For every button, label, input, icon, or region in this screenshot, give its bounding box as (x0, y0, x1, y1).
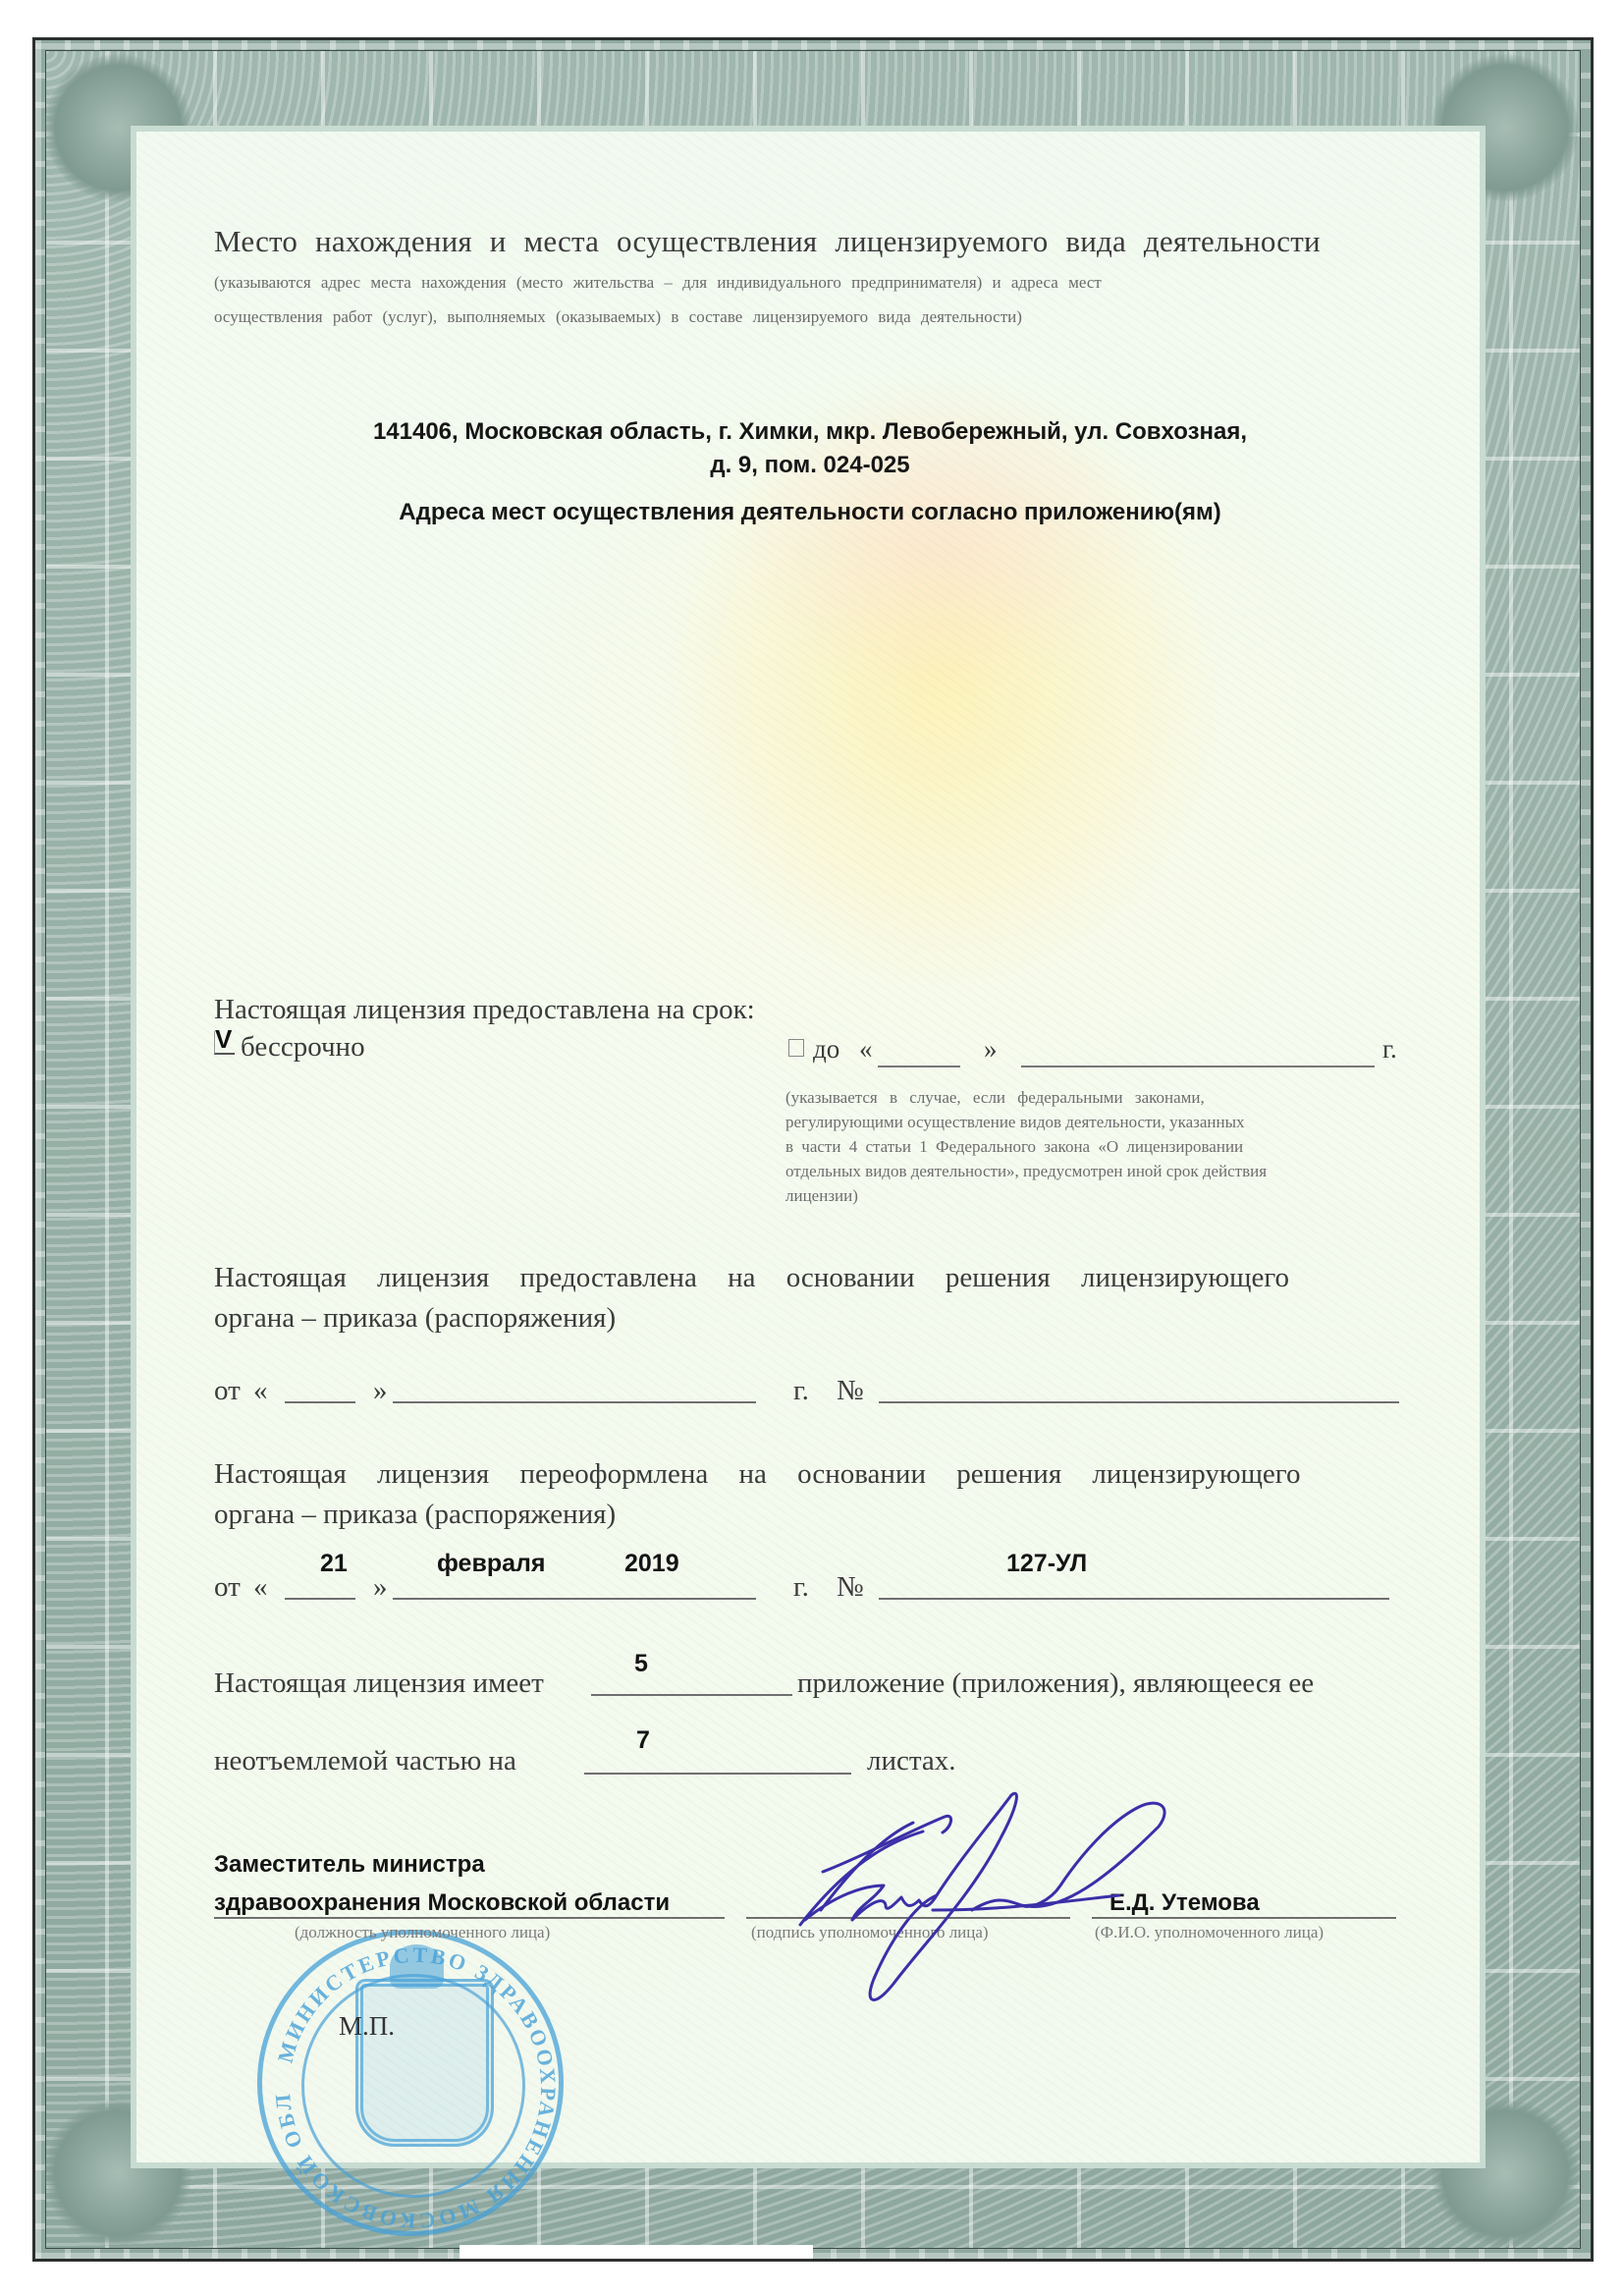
reissued-month-year-field[interactable] (393, 1598, 756, 1600)
handwritten-signature (727, 1787, 1178, 2023)
term-note-line5: лицензии) (785, 1186, 858, 1206)
quote-open: « (253, 1571, 268, 1604)
reissued-day-field[interactable] (285, 1598, 355, 1600)
signatory-position-line1: Заместитель министра (214, 1851, 485, 1879)
granted-day-field[interactable] (285, 1401, 355, 1403)
year-suffix: г. (793, 1375, 809, 1407)
granted-basis-line1: Настоящая лицензия предоставлена на осно… (214, 1262, 1289, 1294)
reissued-basis-line2: органа – приказа (распоряжения) (214, 1499, 616, 1531)
granted-order-number-field[interactable] (879, 1401, 1399, 1403)
year-suffix: г. (793, 1571, 809, 1604)
position-line (214, 1917, 725, 1919)
official-stamp: МИНИСТЕРСТВО ЗДРАВООХРАНЕНИЯ МОСКОВСКОЙ … (257, 1930, 564, 2236)
check-mark-icon: V (215, 1024, 232, 1055)
quote-close: » (373, 1375, 388, 1407)
position-caption: (должность уполномоченного лица) (295, 1923, 550, 1942)
indefinite-label: бессрочно (241, 1031, 365, 1064)
reissued-basis-line1: Настоящая лицензия переоформлена на осно… (214, 1458, 1300, 1491)
year-suffix: г. (1382, 1034, 1397, 1065)
term-note-line4: отдельных видов деятельности», предусмот… (785, 1162, 1267, 1181)
section-heading: Место нахождения и места осуществления л… (214, 224, 1321, 259)
until-day-field[interactable] (878, 1066, 960, 1067)
activity-addresses-note: Адреса мест осуществления деятельности с… (196, 499, 1424, 526)
granted-basis-line2: органа – приказа (распоряжения) (214, 1302, 616, 1335)
granted-from-label: от (214, 1375, 241, 1407)
sheets-prefix: неотъемлемой частью на (214, 1745, 516, 1777)
term-note-line3: в части 4 статьи 1 Федерального закона «… (785, 1137, 1243, 1157)
until-label: до (813, 1034, 839, 1065)
number-sign: № (837, 1375, 864, 1407)
printer-imprint (460, 2245, 813, 2261)
svg-text:МИНИСТЕРСТВО ЗДРАВООХРАНЕНИЯ М: МИНИСТЕРСТВО ЗДРАВООХРАНЕНИЯ МОСКОВСКОЙ … (262, 1935, 561, 2233)
quote-open: « (859, 1034, 873, 1065)
quote-open: « (253, 1375, 268, 1407)
reissued-order-number-value: 127-УЛ (1006, 1550, 1087, 1578)
stamp-ring-text: МИНИСТЕРСТВО ЗДРАВООХРАНЕНИЯ МОСКОВСКОЙ … (262, 1935, 568, 2241)
term-note-line2: регулирующими осуществление видов деятел… (785, 1113, 1245, 1132)
license-page: Место нахождения и места осуществления л… (0, 0, 1623, 2296)
seal-place-label: М.П. (339, 2011, 395, 2042)
signatory-position-line2: здравоохранения Московской области (214, 1889, 670, 1917)
appendices-prefix: Настоящая лицензия имеет (214, 1667, 544, 1700)
heading-hint-line1: (указываются адрес места нахождения (мес… (214, 273, 1102, 293)
reissued-month-value: февраля (437, 1550, 545, 1578)
sheets-count-field[interactable] (584, 1773, 851, 1775)
sheets-suffix: листах. (867, 1745, 956, 1777)
sheets-count-value: 7 (636, 1726, 650, 1755)
address-line2: д. 9, пом. 024-025 (196, 452, 1424, 479)
granted-month-year-field[interactable] (393, 1401, 756, 1403)
address-line1: 141406, Московская область, г. Химки, мк… (196, 418, 1424, 446)
appendices-count-field[interactable] (591, 1694, 792, 1696)
until-month-year-field[interactable] (1021, 1066, 1375, 1067)
term-note-line1: (указывается в случае, если федеральными… (785, 1088, 1205, 1108)
appendices-suffix: приложение (приложения), являющееся ее (797, 1667, 1314, 1700)
quote-close: » (373, 1571, 388, 1604)
quote-close: » (984, 1034, 998, 1065)
heading-hint-line2: осуществления работ (услуг), выполняемых… (214, 307, 1022, 327)
number-sign: № (837, 1571, 864, 1604)
until-date-checkbox[interactable] (788, 1039, 804, 1057)
appendices-count-value: 5 (634, 1650, 648, 1678)
reissued-year-value: 2019 (624, 1550, 679, 1578)
reissued-day-value: 21 (320, 1550, 348, 1578)
term-label: Настоящая лицензия предоставлена на срок… (214, 994, 755, 1026)
reissued-order-number-field[interactable] (879, 1598, 1389, 1600)
reissued-from-label: от (214, 1571, 241, 1604)
